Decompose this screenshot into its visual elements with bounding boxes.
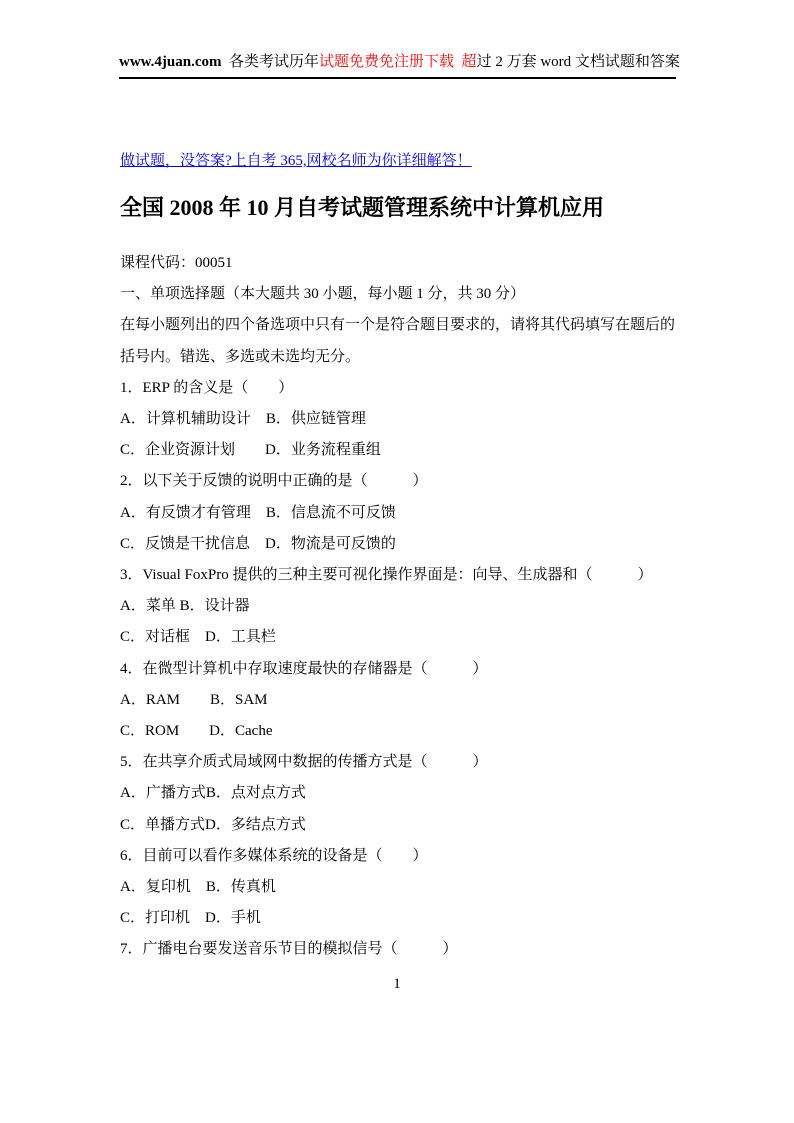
question-stem: 5．在共享介质式局域网中数据的传播方式是（ ）	[120, 747, 686, 778]
question-stem: 3．Visual FoxPro 提供的三种主要可视化操作界面是：向导、生成器和（…	[120, 560, 686, 591]
question-options: A．菜单 B．设计器	[120, 591, 686, 622]
header-tagline-segment: 各类考试历年	[222, 54, 320, 70]
course-code: 课程代码：00051	[120, 248, 686, 279]
section-heading: 一、单项选择题（本大题共 30 小题，每小题 1 分，共 30 分）	[120, 279, 686, 310]
question-options: A．复印机 B．传真机	[120, 872, 686, 903]
question-options: C．反馈是干扰信息 D．物流是可反馈的	[120, 529, 686, 560]
header-tagline-segment: 试题免费免注册下载	[319, 54, 454, 70]
question-options: C．企业资源计划 D．业务流程重组	[120, 435, 686, 466]
question-options: A．RAM B．SAM	[120, 685, 686, 716]
zikao365-promo-link[interactable]: 做试题，没答案?上自考 365,网校名师为你详细解答！	[120, 152, 472, 170]
header-tagline-segment: 超	[454, 54, 477, 70]
question-options: C．ROM D．Cache	[120, 716, 686, 747]
header-site-text: www.4juan.com	[119, 54, 222, 70]
page-number: 1	[0, 975, 794, 993]
question-stem: 6．目前可以看作多媒体系统的设备是（ ）	[120, 841, 686, 872]
question-stem: 7．广播电台要发送音乐节目的模拟信号（ ）	[120, 934, 686, 965]
instructions-line: 在每小题列出的四个备选项中只有一个是符合题目要求的，请将其代码填写在题后的	[120, 310, 686, 341]
instructions-line: 括号内。错选、多选或未选均无分。	[120, 342, 686, 373]
question-options: C．对话框 D．工具栏	[120, 622, 686, 653]
question-options: A．有反馈才有管理 B．信息流不可反馈	[120, 498, 686, 529]
question-options: A．计算机辅助设计 B．供应链管理	[120, 404, 686, 435]
header-banner: www.4juan.com 各类考试历年试题免费免注册下载 超过 2 万套 wo…	[119, 52, 676, 79]
exam-title: 全国 2008 年 10 月自考试题管理系统中计算机应用	[120, 194, 604, 222]
question-options: C．单播方式D．多结点方式	[120, 810, 686, 841]
question-options: C．打印机 D．手机	[120, 903, 686, 934]
question-stem: 1．ERP 的含义是（ ）	[120, 373, 686, 404]
document-page: www.4juan.com 各类考试历年试题免费免注册下载 超过 2 万套 wo…	[0, 0, 794, 1123]
exam-body: 课程代码：00051一、单项选择题（本大题共 30 小题，每小题 1 分，共 3…	[120, 248, 686, 966]
question-stem: 4．在微型计算机中存取速度最快的存储器是（ ）	[120, 654, 686, 685]
question-stem: 2．以下关于反馈的说明中正确的是（ ）	[120, 466, 686, 497]
header-tagline-segment: 过 2 万套 word 文档试题和答案	[477, 54, 680, 70]
question-options: A．广播方式B．点对点方式	[120, 778, 686, 809]
